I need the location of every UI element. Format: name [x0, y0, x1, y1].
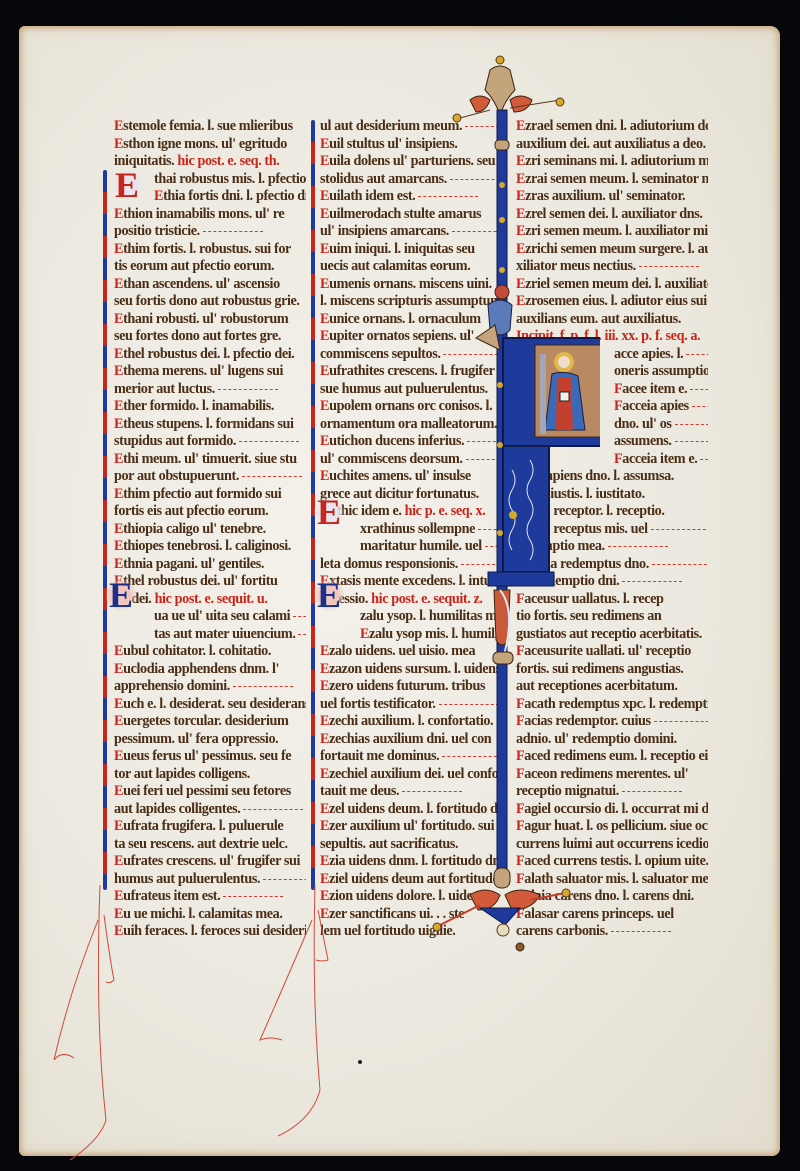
manuscript-line: Eueus ferus ul' pessimus. seu fe: [114, 748, 306, 766]
manuscript-line: Ethani robusti. ul' robustorum: [114, 311, 306, 329]
initial-e-column-b-top: E: [314, 495, 344, 529]
manuscript-line: Ethim fortis. l. robustus. sui for: [114, 241, 306, 259]
manuscript-line: Ethnia pagani. ul' gentiles.: [114, 556, 306, 574]
manuscript-line: por aut obstupuerunt.: [114, 468, 306, 486]
manuscript-line: seu fortes dono aut fortes gre.: [114, 328, 306, 346]
initial-e-column-b-bottom: E: [314, 578, 344, 612]
manuscript-line: Esthon igne mons. ul' egritudo: [114, 136, 306, 154]
manuscript-line: tas aut mater uiuencium.: [114, 626, 306, 644]
pen-flourish-column-a-icon: [40, 880, 160, 1160]
pen-flourish-column-b-icon: [250, 880, 370, 1140]
manuscript-line: Etheus stupens. l. formidans sui: [114, 416, 306, 434]
manuscript-line: thai robustus mis. l. pfectio mea.: [114, 171, 306, 189]
manuscript-line: apprehensio domini.: [114, 678, 306, 696]
column-a-border-bar: [103, 170, 107, 890]
manuscript-line: Ethim pfectio aut formido sui: [114, 486, 306, 504]
manuscript-line: tor aut lapides colligens.: [114, 766, 306, 784]
manuscript-line: Estemole femia. l. sue mlieribus: [114, 118, 306, 136]
manuscript-line: merior aut luctus.: [114, 381, 306, 399]
manuscript-line: Eufrata frugifera. l. puluerule: [114, 818, 306, 836]
manuscript-line: Ether formido. l. inamabilis.: [114, 398, 306, 416]
manuscript-line: seu fortis dono aut robustus grie.: [114, 293, 306, 311]
manuscript-line: stupidus aut formido.: [114, 433, 306, 451]
manuscript-line: ua ue ul' uita seu calami: [114, 608, 306, 626]
manuscript-line: Ethiopia caligo ul' tenebre.: [114, 521, 306, 539]
manuscript-line: fortis eis aut pfectio eorum.: [114, 503, 306, 521]
manuscript-line: Ethema merens. ul' lugens sui: [114, 363, 306, 381]
manuscript-line: Euch e. l. desiderat. seu desiderans aut: [114, 696, 306, 714]
illuminated-initial-f-icon: [430, 50, 600, 955]
text-column-a: Estemole femia. l. sue mlieribusEsthon i…: [114, 118, 306, 941]
manuscript-line: Ethel robustus dei. l. pfectio dei.: [114, 346, 306, 364]
manuscript-line: Ethiopes tenebrosi. l. caliginosi.: [114, 538, 306, 556]
manuscript-line: Eubul cohitator. l. cohitatio.: [114, 643, 306, 661]
manuscript-line: positio tristicie.: [114, 223, 306, 241]
manuscript-line: ta seu rescens. aut dextrie uelc.: [114, 836, 306, 854]
manuscript-line: Eufrates crescens. ul' frugifer sui: [114, 853, 306, 871]
manuscript-line: iniquitatis. hic post. e. seq. th.: [114, 153, 306, 171]
initial-e-column-a-bottom: E: [106, 578, 136, 612]
initial-e-column-a-top: E: [112, 168, 142, 202]
manuscript-line: Ethia fortis dni. l. pfectio dni.: [114, 188, 306, 206]
manuscript-line: Ethan ascendens. ul' ascensio: [114, 276, 306, 294]
manuscript-line: pessimum. ul' fera oppressio.: [114, 731, 306, 749]
manuscript-line: Ethel robustus dei. ul' fortitu: [114, 573, 306, 591]
manuscript-line: tis eorum aut pfectio eorum.: [114, 258, 306, 276]
manuscript-line: Ethion inamabilis mons. ul' re: [114, 206, 306, 224]
manuscript-line: Euclodia apphendens dnm. l': [114, 661, 306, 679]
manuscript-line: aut lapides colligentes.: [114, 801, 306, 819]
manuscript-line: Euei feri uel pessimi seu fetores: [114, 783, 306, 801]
manuscript-line: Ethi meum. ul' timuerit. siue stu: [114, 451, 306, 469]
manuscript-line: Euergetes torcular. desiderium: [114, 713, 306, 731]
manuscript-line: do dei. hic post. e. sequit. u.: [114, 591, 306, 609]
